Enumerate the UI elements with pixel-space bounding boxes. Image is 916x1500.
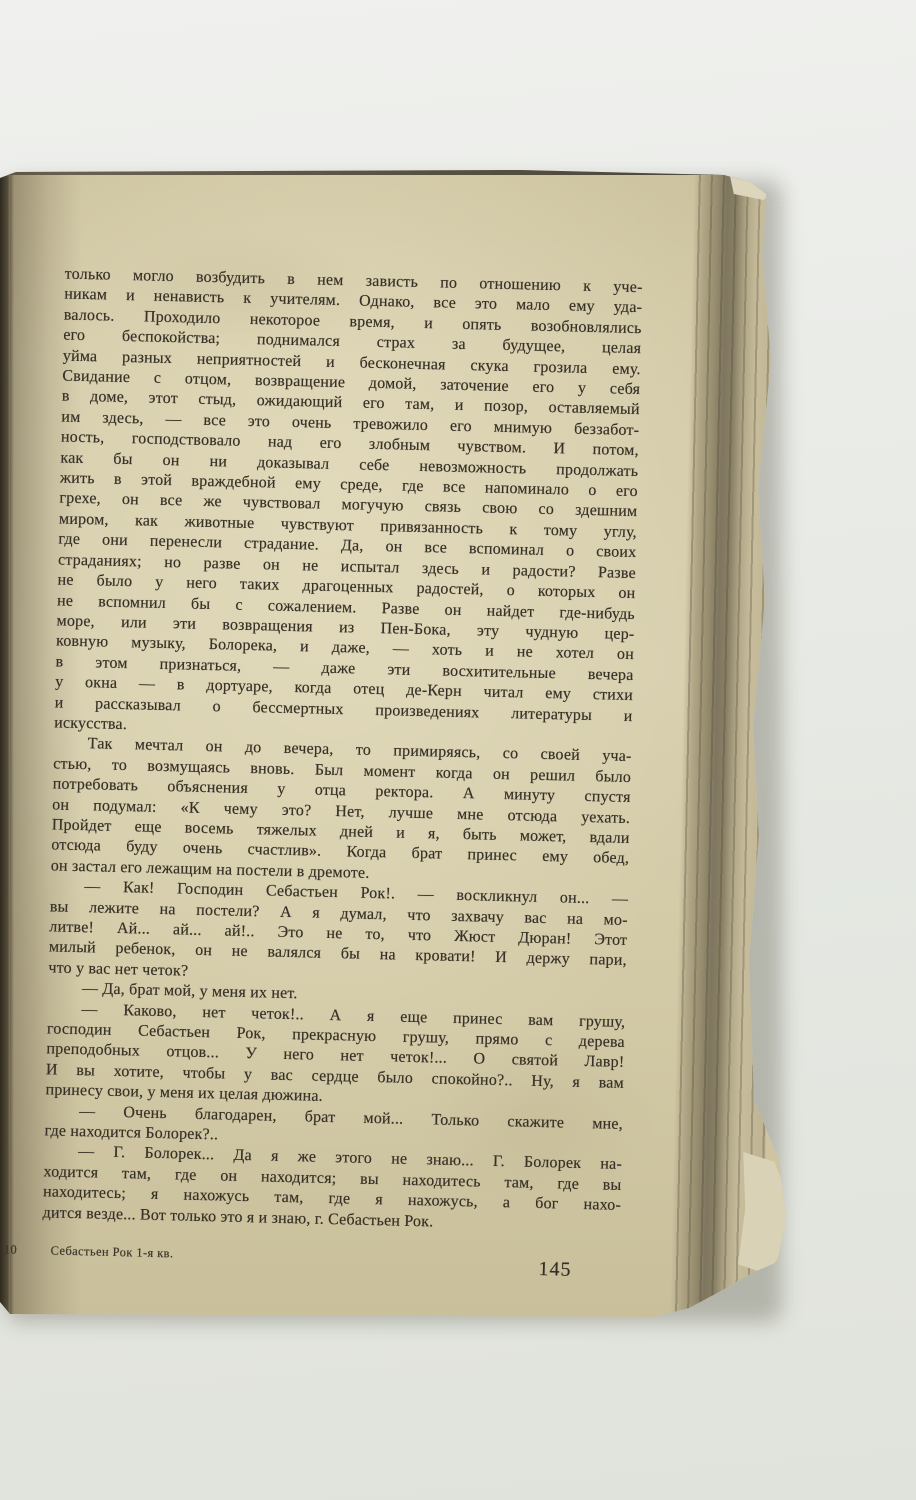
paragraph: — Каково, нет четок!.. А я еще принес ва… — [45, 999, 625, 1115]
paragraph: — Г. Болорек... Да я же этого не знаю...… — [42, 1142, 622, 1237]
photo-background: только могло возбудить в нем зависть по … — [0, 0, 916, 1500]
page-content: только могло возбудить в нем зависть по … — [42, 265, 642, 1237]
page-number: 145 — [538, 1259, 571, 1280]
page-top-edge — [6, 170, 754, 175]
torn-paper-tab — [738, 1152, 790, 1274]
paragraph: только могло возбудить в нем зависть по … — [54, 265, 643, 748]
paragraph: Так мечтал он до вечера, то примиряясь, … — [51, 734, 632, 890]
paragraph: — Как! Господин Себастьен Рок!. — воскли… — [48, 877, 628, 993]
signature-title: Себастьен Рок 1-я кв. — [50, 1243, 173, 1260]
signature-number: 10 — [4, 1242, 18, 1256]
book-page: только могло возбудить в нем зависть по … — [0, 170, 790, 1317]
text-block: только могло возбудить в нем зависть по … — [42, 265, 642, 1237]
